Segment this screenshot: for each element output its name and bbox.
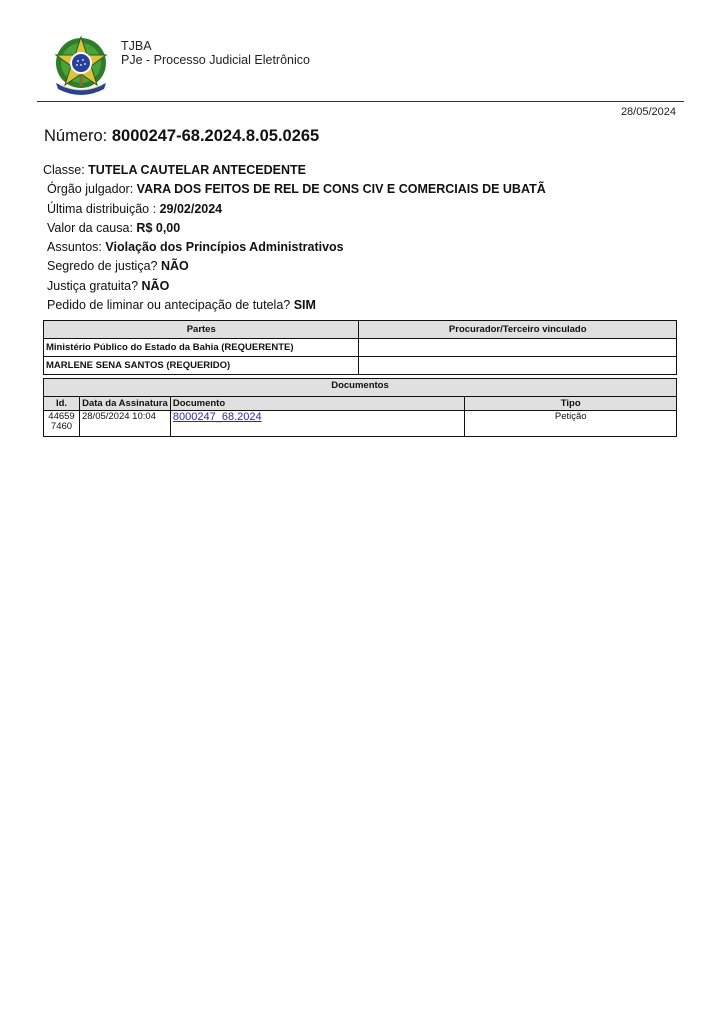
field-segredo-justica: Segredo de justiça? NÃO xyxy=(43,257,546,276)
field-classe: Classe: TUTELA CAUTELAR ANTECEDENTE xyxy=(43,161,546,180)
process-number-label: Número: xyxy=(44,127,107,145)
process-details: Classe: TUTELA CAUTELAR ANTECEDENTE Órgã… xyxy=(43,161,546,315)
field-valor-causa: Valor da causa: R$ 0,00 xyxy=(43,219,546,238)
field-value: Violação dos Princípios Administrativos xyxy=(105,240,343,254)
field-value: 29/02/2024 xyxy=(160,202,223,216)
coat-of-arms-icon xyxy=(50,33,112,99)
process-number-value: 8000247-68.2024.8.05.0265 xyxy=(112,127,319,145)
column-header-documento: Documento xyxy=(170,397,465,411)
column-header-procurador: Procurador/Terceiro vinculado xyxy=(359,321,677,339)
field-assuntos: Assuntos: Violação dos Princípios Admini… xyxy=(43,238,546,257)
field-value: VARA DOS FEITOS DE REL DE CONS CIV E COM… xyxy=(137,182,546,196)
field-value: SIM xyxy=(294,298,316,312)
field-value: NÃO xyxy=(161,259,189,273)
page-header: TJBA PJe - Processo Judicial Eletrônico xyxy=(37,30,684,102)
field-value: NÃO xyxy=(142,279,170,293)
documentos-table: Documentos Id. Data da Assinatura Docume… xyxy=(43,378,677,437)
document-date-cell: 28/05/2024 10:04 xyxy=(79,411,170,437)
field-label: Pedido de liminar ou antecipação de tute… xyxy=(47,298,290,312)
partes-header-row: Partes Procurador/Terceiro vinculado xyxy=(44,321,677,339)
field-pedido-liminar: Pedido de liminar ou antecipação de tute… xyxy=(43,296,546,315)
field-label: Segredo de justiça? xyxy=(47,259,158,273)
table-row: Ministério Público do Estado da Bahia (R… xyxy=(44,339,677,357)
documentos-header-row: Id. Data da Assinatura Documento Tipo xyxy=(44,397,677,411)
table-row: MARLENE SENA SANTOS (REQUERIDO) xyxy=(44,357,677,375)
process-number: Número: 8000247-68.2024.8.05.0265 xyxy=(44,127,319,146)
field-label: Órgão julgador: xyxy=(47,182,133,196)
column-header-partes: Partes xyxy=(44,321,359,339)
org-short-name: TJBA xyxy=(121,39,310,53)
procurador-cell xyxy=(359,357,677,375)
table-row: 44659 7460 28/05/2024 10:04 8000247_68.2… xyxy=(44,411,677,437)
documentos-title: Documentos xyxy=(44,379,677,397)
print-date: 28/05/2024 xyxy=(621,106,676,118)
field-ultima-distribuicao: Última distribuição : 29/02/2024 xyxy=(43,200,546,219)
partes-table: Partes Procurador/Terceiro vinculado Min… xyxy=(43,320,677,375)
system-name: PJe - Processo Judicial Eletrônico xyxy=(121,53,310,67)
field-label: Classe: xyxy=(43,163,85,177)
field-label: Assuntos: xyxy=(47,240,102,254)
field-orgao-julgador: Órgão julgador: VARA DOS FEITOS DE REL D… xyxy=(43,180,546,199)
field-label: Valor da causa: xyxy=(47,221,133,235)
field-label: Justiça gratuita? xyxy=(47,279,138,293)
column-header-id: Id. xyxy=(44,397,80,411)
field-justica-gratuita: Justiça gratuita? NÃO xyxy=(43,277,546,296)
parte-cell: MARLENE SENA SANTOS (REQUERIDO) xyxy=(44,357,359,375)
column-header-data-assinatura: Data da Assinatura xyxy=(79,397,170,411)
document-link[interactable]: 8000247_68.2024 xyxy=(173,411,262,423)
document-id-cell: 44659 7460 xyxy=(44,411,80,437)
column-header-tipo: Tipo xyxy=(465,397,677,411)
field-value: TUTELA CAUTELAR ANTECEDENTE xyxy=(88,163,306,177)
parte-cell: Ministério Público do Estado da Bahia (R… xyxy=(44,339,359,357)
organization-name: TJBA PJe - Processo Judicial Eletrônico xyxy=(121,39,310,67)
document-type-cell: Petição xyxy=(465,411,677,437)
field-label: Última distribuição : xyxy=(47,202,156,216)
documentos-title-row: Documentos xyxy=(44,379,677,397)
procurador-cell xyxy=(359,339,677,357)
document-name-cell: 8000247_68.2024 xyxy=(170,411,465,437)
field-value: R$ 0,00 xyxy=(136,221,180,235)
header-divider xyxy=(37,101,684,102)
